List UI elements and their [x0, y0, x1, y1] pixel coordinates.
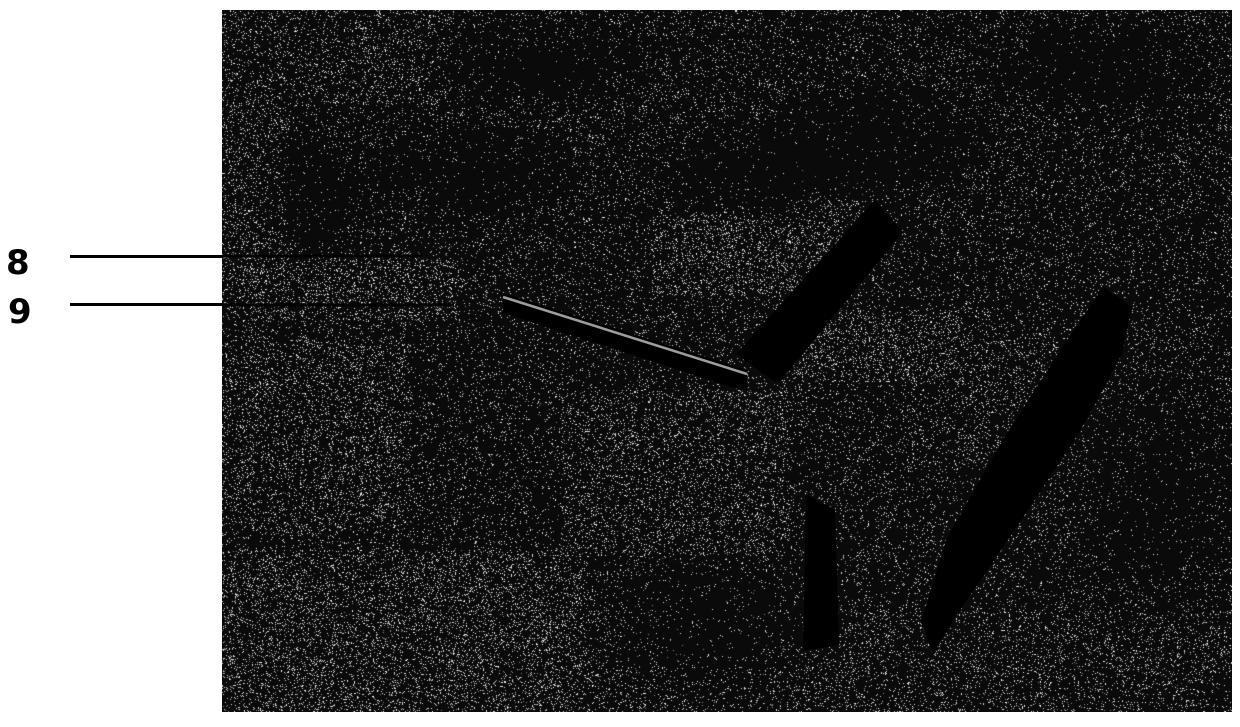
leader-line-8	[70, 255, 224, 258]
figure-photo	[222, 10, 1232, 712]
patent-figure-page: 8 9	[0, 0, 1240, 727]
reference-label-8: 8	[6, 246, 30, 280]
panel-right-blade	[921, 287, 1132, 654]
leader-line-9	[70, 303, 230, 306]
reference-label-9: 9	[8, 295, 32, 329]
panel-lower-small	[803, 494, 839, 651]
panel-upper-blade	[736, 200, 903, 384]
strut-highlight	[503, 297, 747, 374]
photo-feature-overlay	[222, 10, 1232, 712]
